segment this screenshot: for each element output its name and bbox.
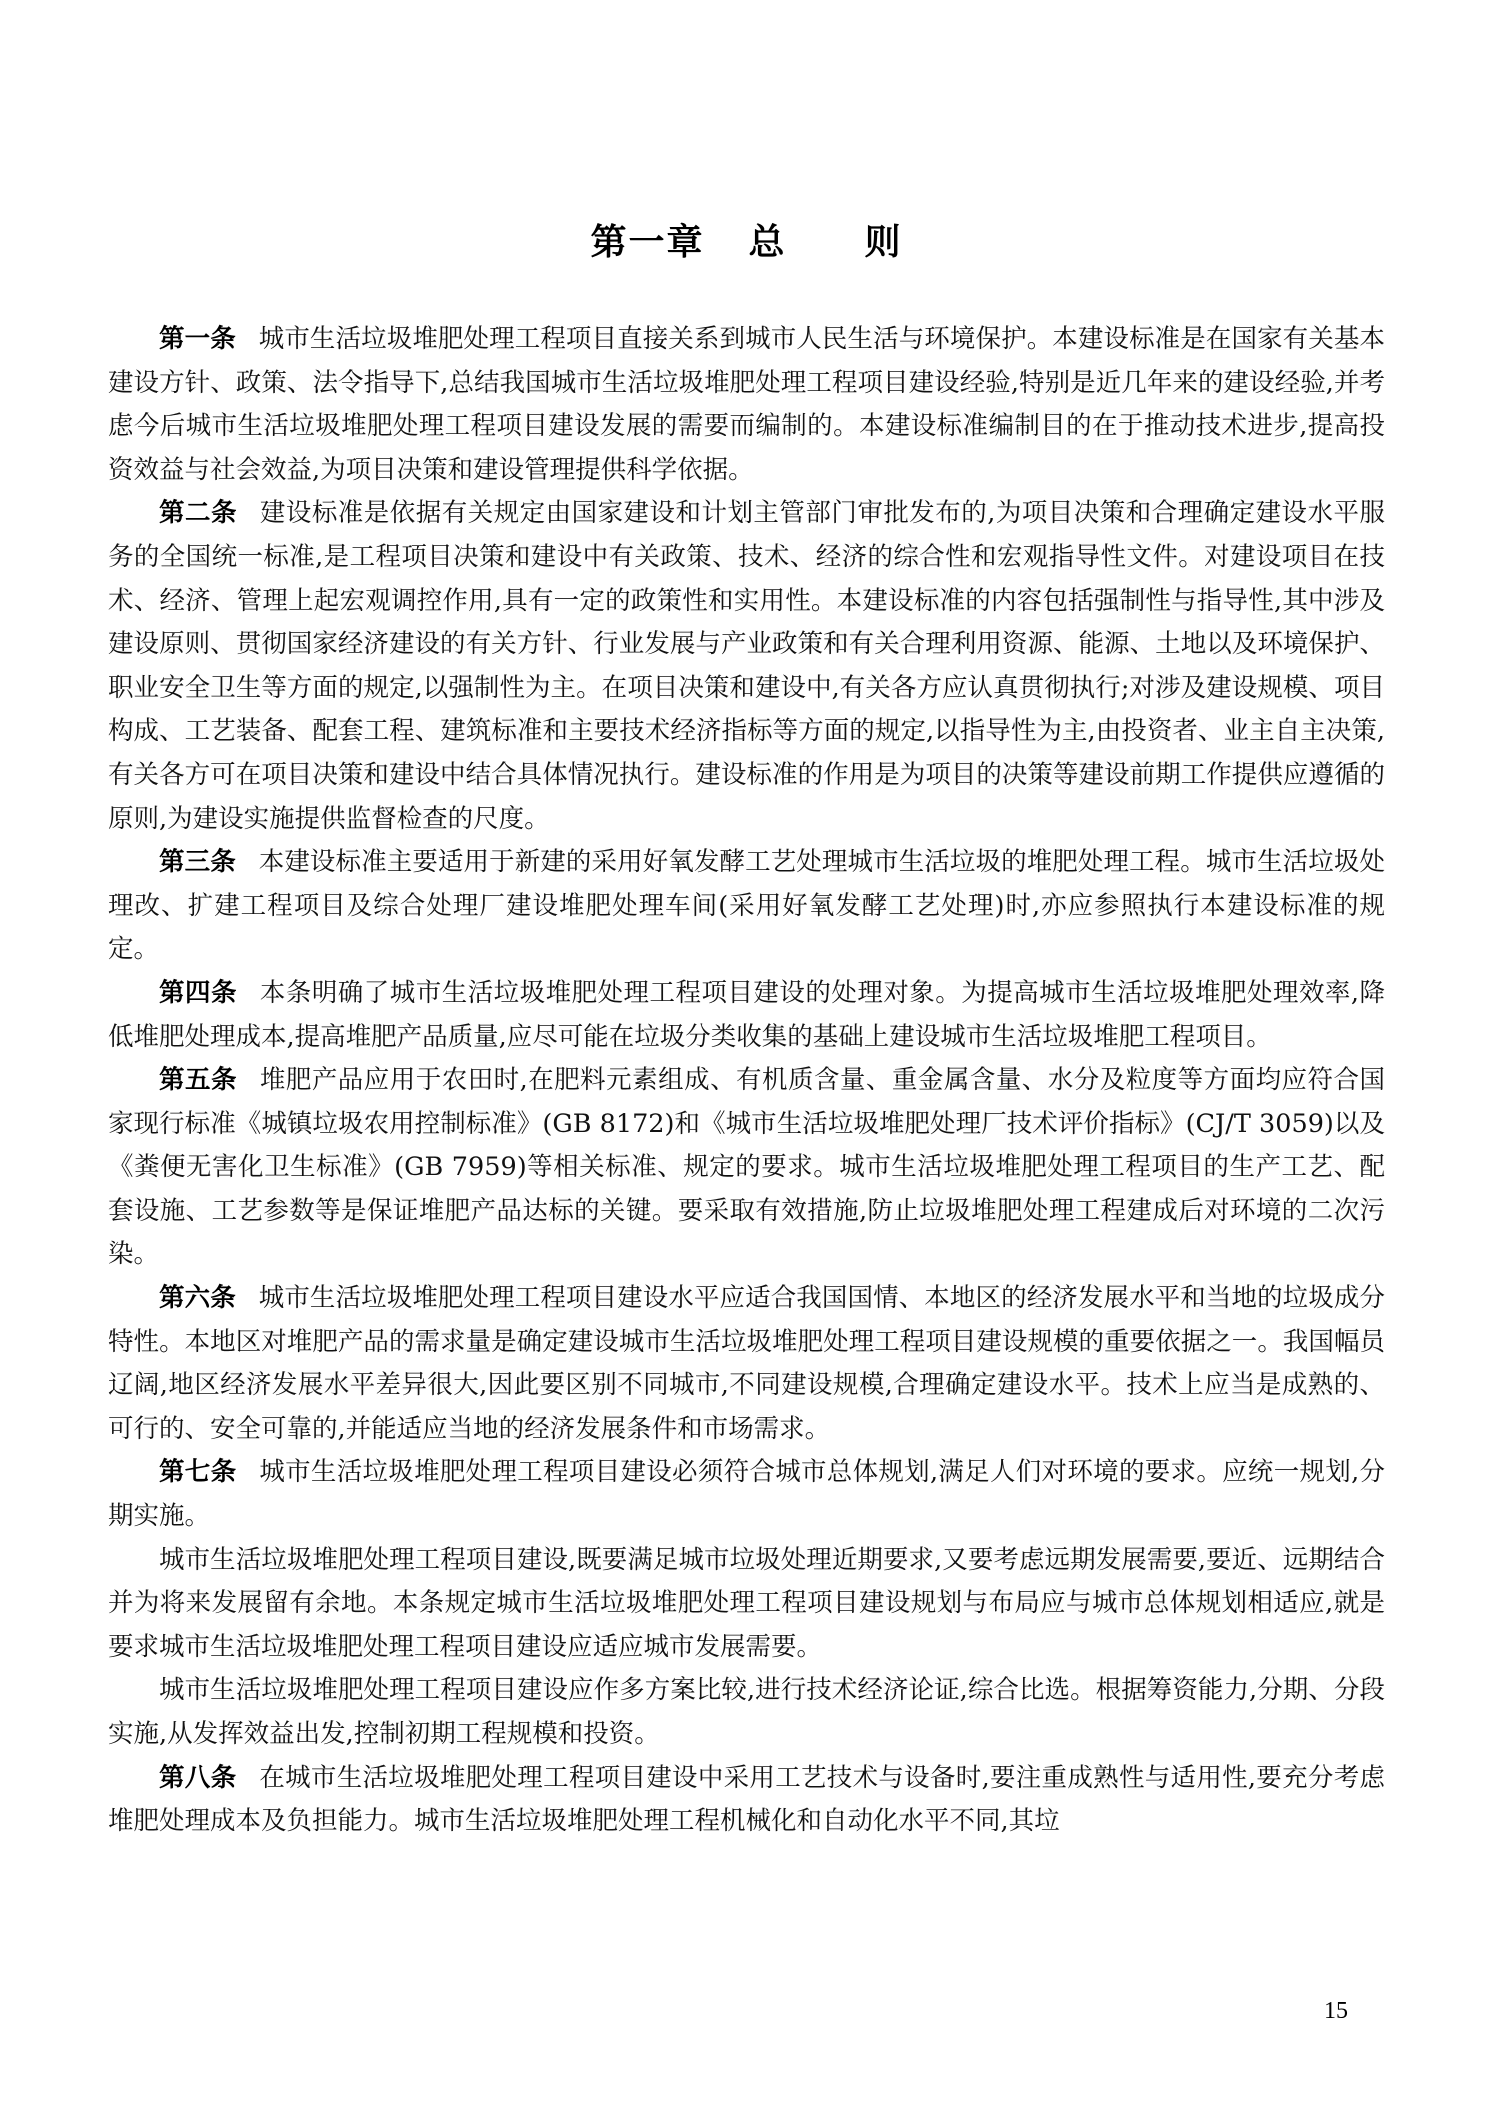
- article-label: 第三条: [159, 847, 236, 877]
- article-text: 堆肥产品应用于农田时,在肥料元素组成、有机质含量、重金属含量、水分及粒度等方面均…: [108, 1065, 1385, 1269]
- article-text: 建设标准是依据有关规定由国家建设和计划主管部门审批发布的,为项目决策和合理确定建…: [108, 498, 1385, 833]
- article-6: 第六条城市生活垃圾堆肥处理工程项目建设水平应适合我国国情、本地区的经济发展水平和…: [108, 1277, 1385, 1451]
- article-label: 第八条: [159, 1763, 236, 1793]
- article-5: 第五条堆肥产品应用于农田时,在肥料元素组成、有机质含量、重金属含量、水分及粒度等…: [108, 1059, 1385, 1277]
- article-label: 第七条: [159, 1457, 236, 1487]
- chapter-title: 第一章总则: [0, 214, 1493, 265]
- article-label: 第五条: [159, 1065, 237, 1095]
- article-1: 第一条城市生活垃圾堆肥处理工程项目直接关系到城市人民生活与环境保护。本建设标准是…: [108, 318, 1385, 492]
- article-7-note-2: 城市生活垃圾堆肥处理工程项目建设应作多方案比较,进行技术经济论证,综合比选。根据…: [108, 1669, 1385, 1756]
- article-text: 本条明确了城市生活垃圾堆肥处理工程项目建设的处理对象。为提高城市生活垃圾堆肥处理…: [108, 978, 1385, 1052]
- article-4: 第四条本条明确了城市生活垃圾堆肥处理工程项目建设的处理对象。为提高城市生活垃圾堆…: [108, 972, 1385, 1059]
- article-label: 第六条: [159, 1283, 236, 1313]
- article-label: 第四条: [159, 978, 237, 1008]
- article-7-note-1: 城市生活垃圾堆肥处理工程项目建设,既要满足城市垃圾处理近期要求,又要考虑远期发展…: [108, 1539, 1385, 1670]
- page-number: 15: [1324, 1998, 1348, 2025]
- article-3: 第三条本建设标准主要适用于新建的采用好氧发酵工艺处理城市生活垃圾的堆肥处理工程。…: [108, 841, 1385, 972]
- article-text: 在城市生活垃圾堆肥处理工程项目建设中采用工艺技术与设备时,要注重成熟性与适用性,…: [108, 1763, 1385, 1837]
- article-text: 本建设标准主要适用于新建的采用好氧发酵工艺处理城市生活垃圾的堆肥处理工程。城市生…: [108, 847, 1385, 964]
- chapter-number: 第一章: [590, 214, 704, 265]
- article-7: 第七条城市生活垃圾堆肥处理工程项目建设必须符合城市总体规划,满足人们对环境的要求…: [108, 1451, 1385, 1538]
- article-text: 城市生活垃圾堆肥处理工程项目直接关系到城市人民生活与环境保护。本建设标准是在国家…: [108, 324, 1385, 485]
- paragraph-text: 城市生活垃圾堆肥处理工程项目建设,既要满足城市垃圾处理近期要求,又要考虑远期发展…: [108, 1545, 1385, 1662]
- article-label: 第一条: [159, 324, 236, 354]
- article-text: 城市生活垃圾堆肥处理工程项目建设必须符合城市总体规划,满足人们对环境的要求。应统…: [108, 1457, 1385, 1531]
- chapter-body: 第一条城市生活垃圾堆肥处理工程项目直接关系到城市人民生活与环境保护。本建设标准是…: [108, 318, 1385, 1844]
- paragraph-text: 城市生活垃圾堆肥处理工程项目建设应作多方案比较,进行技术经济论证,综合比选。根据…: [108, 1675, 1385, 1749]
- article-text: 城市生活垃圾堆肥处理工程项目建设水平应适合我国国情、本地区的经济发展水平和当地的…: [108, 1283, 1385, 1444]
- chapter-title-part-2: 则: [865, 214, 903, 265]
- article-label: 第二条: [159, 498, 237, 528]
- chapter-title-part-1: 总: [748, 214, 786, 265]
- article-2: 第二条建设标准是依据有关规定由国家建设和计划主管部门审批发布的,为项目决策和合理…: [108, 492, 1385, 841]
- article-8: 第八条在城市生活垃圾堆肥处理工程项目建设中采用工艺技术与设备时,要注重成熟性与适…: [108, 1757, 1385, 1844]
